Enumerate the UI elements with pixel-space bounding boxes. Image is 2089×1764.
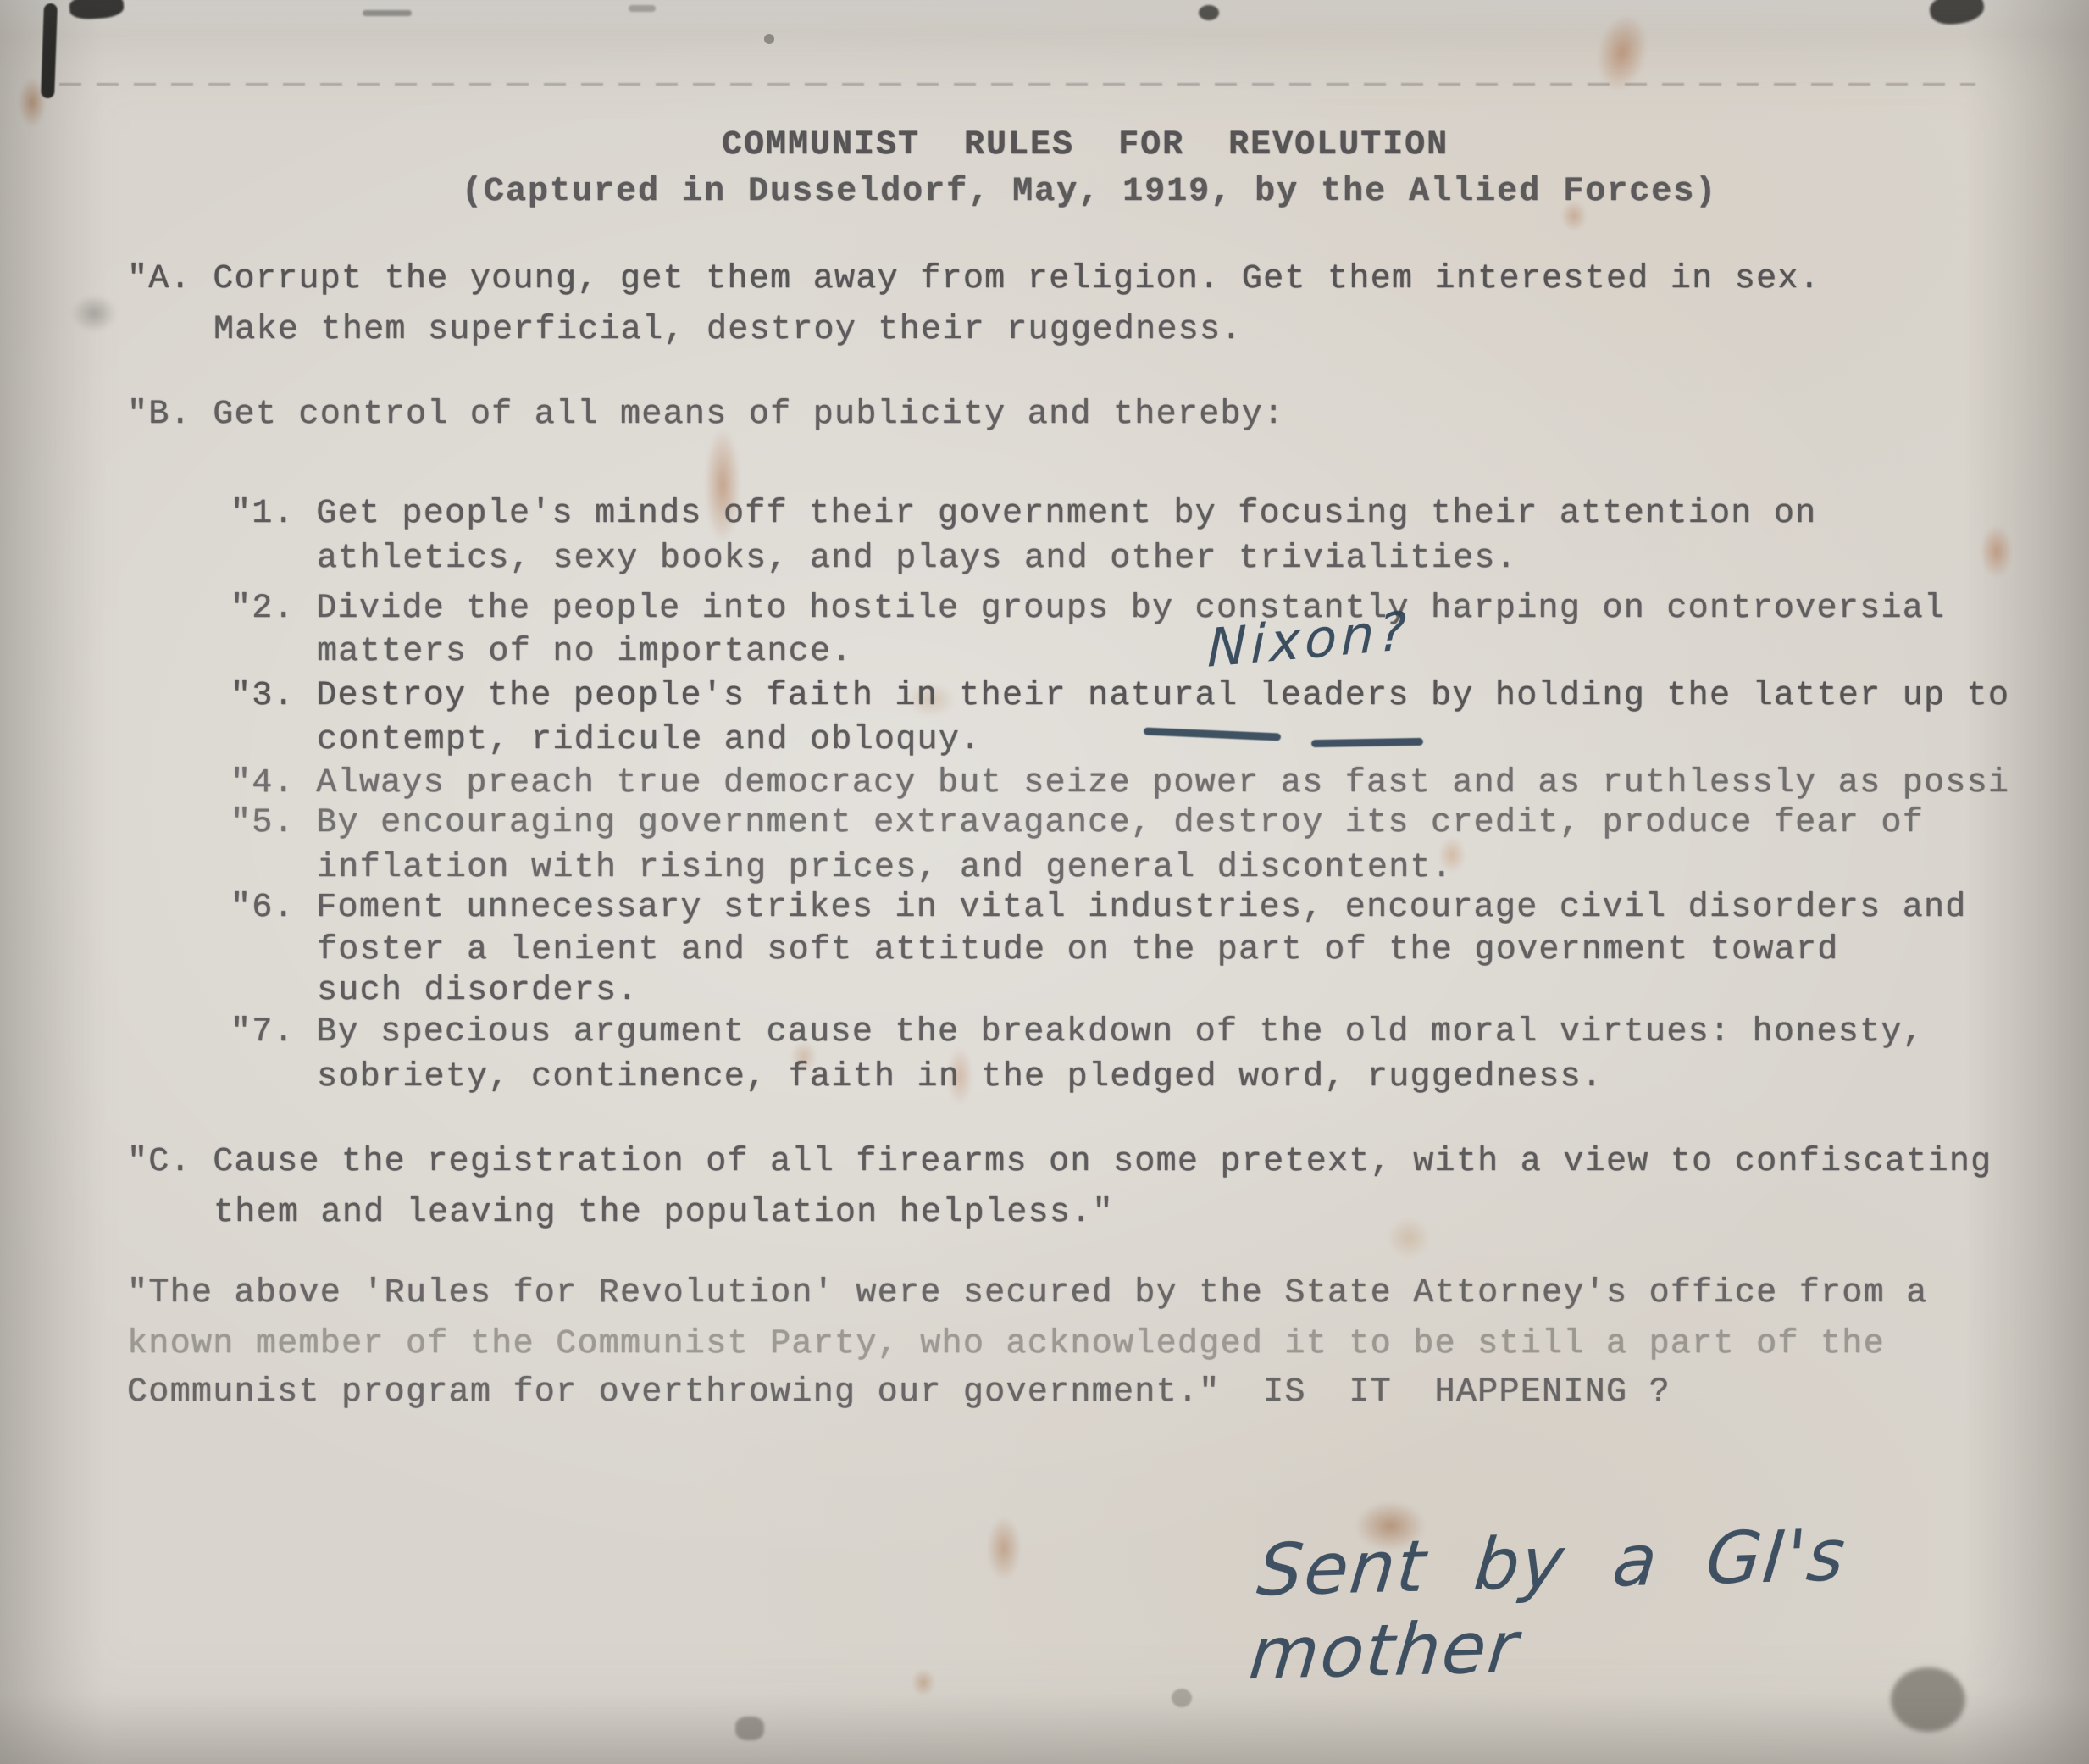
paper-crease-line bbox=[59, 83, 1975, 86]
scan-edge-artifact bbox=[41, 3, 58, 98]
typed-line: "3. Destroy the people's faith in their … bbox=[230, 678, 2009, 715]
typed-line: contempt, ridicule and obloquy. bbox=[317, 722, 981, 759]
typed-line: such disorders. bbox=[317, 973, 639, 1010]
typed-line: "4. Always preach true democracy but sei… bbox=[230, 765, 2009, 802]
scan-edge-artifact bbox=[1928, 0, 1986, 27]
scan-edge-artifact bbox=[1172, 1689, 1192, 1707]
stain bbox=[71, 295, 117, 332]
typed-line: Make them superficial, destroy their rug… bbox=[213, 312, 1243, 349]
typed-line: "6. Foment unnecessary strikes in vital … bbox=[230, 890, 1967, 927]
typed-line: foster a lenient and soft attitude on th… bbox=[317, 932, 1839, 969]
typed-line: "A. Corrupt the young, get them away fro… bbox=[127, 261, 1820, 298]
scan-edge-artifact bbox=[1199, 5, 1219, 20]
typed-line: inflation with rising prices, and genera… bbox=[317, 850, 1453, 887]
handwritten-note: Sent by a GI's mother bbox=[1246, 1507, 2089, 1695]
stain bbox=[1981, 525, 2013, 578]
scan-edge-artifact bbox=[764, 34, 774, 44]
stain bbox=[987, 1517, 1021, 1580]
scan-edge-artifact bbox=[69, 0, 125, 20]
typed-line: Communist program for overthrowing our g… bbox=[127, 1374, 1671, 1412]
typed-line: known member of the Communist Party, who… bbox=[127, 1326, 1885, 1363]
pen-underline-natural bbox=[1144, 727, 1281, 741]
typed-line: "B. Get control of all means of publicit… bbox=[127, 397, 1284, 434]
typed-line: "C. Cause the registration of all firear… bbox=[127, 1144, 1992, 1181]
typed-line: "The above 'Rules for Revolution' were s… bbox=[127, 1275, 1928, 1312]
typed-line: "1. Get people's minds off their governm… bbox=[230, 496, 1817, 533]
typed-line: matters of no importance. bbox=[317, 634, 853, 671]
document-title: COMMUNIST RULES FOR REVOLUTION bbox=[722, 127, 1449, 164]
typed-line: sobriety, continence, faith in the pledg… bbox=[317, 1059, 1603, 1096]
stain bbox=[1590, 9, 1654, 96]
typed-line: "7. By specious argument cause the break… bbox=[230, 1014, 1924, 1051]
scan-edge-artifact bbox=[363, 10, 412, 16]
scanned-document-page: COMMUNIST RULES FOR REVOLUTION (Captured… bbox=[0, 0, 2089, 1764]
stain bbox=[1388, 1218, 1430, 1258]
stain bbox=[912, 1669, 935, 1696]
scan-edge-artifact bbox=[735, 1717, 764, 1740]
typed-line: "2. Divide the people into hostile group… bbox=[230, 591, 1945, 628]
stain bbox=[19, 78, 46, 127]
typed-line: athletics, sexy books, and plays and oth… bbox=[317, 541, 1517, 578]
pen-underline-leaders bbox=[1311, 738, 1423, 747]
scan-edge-artifact bbox=[629, 5, 656, 12]
typed-line: them and leaving the population helpless… bbox=[213, 1195, 1114, 1232]
document-subtitle: (Captured in Dusseldorf, May, 1919, by t… bbox=[462, 174, 1717, 211]
typed-line: "5. By encouraging government extravagan… bbox=[230, 805, 1924, 842]
